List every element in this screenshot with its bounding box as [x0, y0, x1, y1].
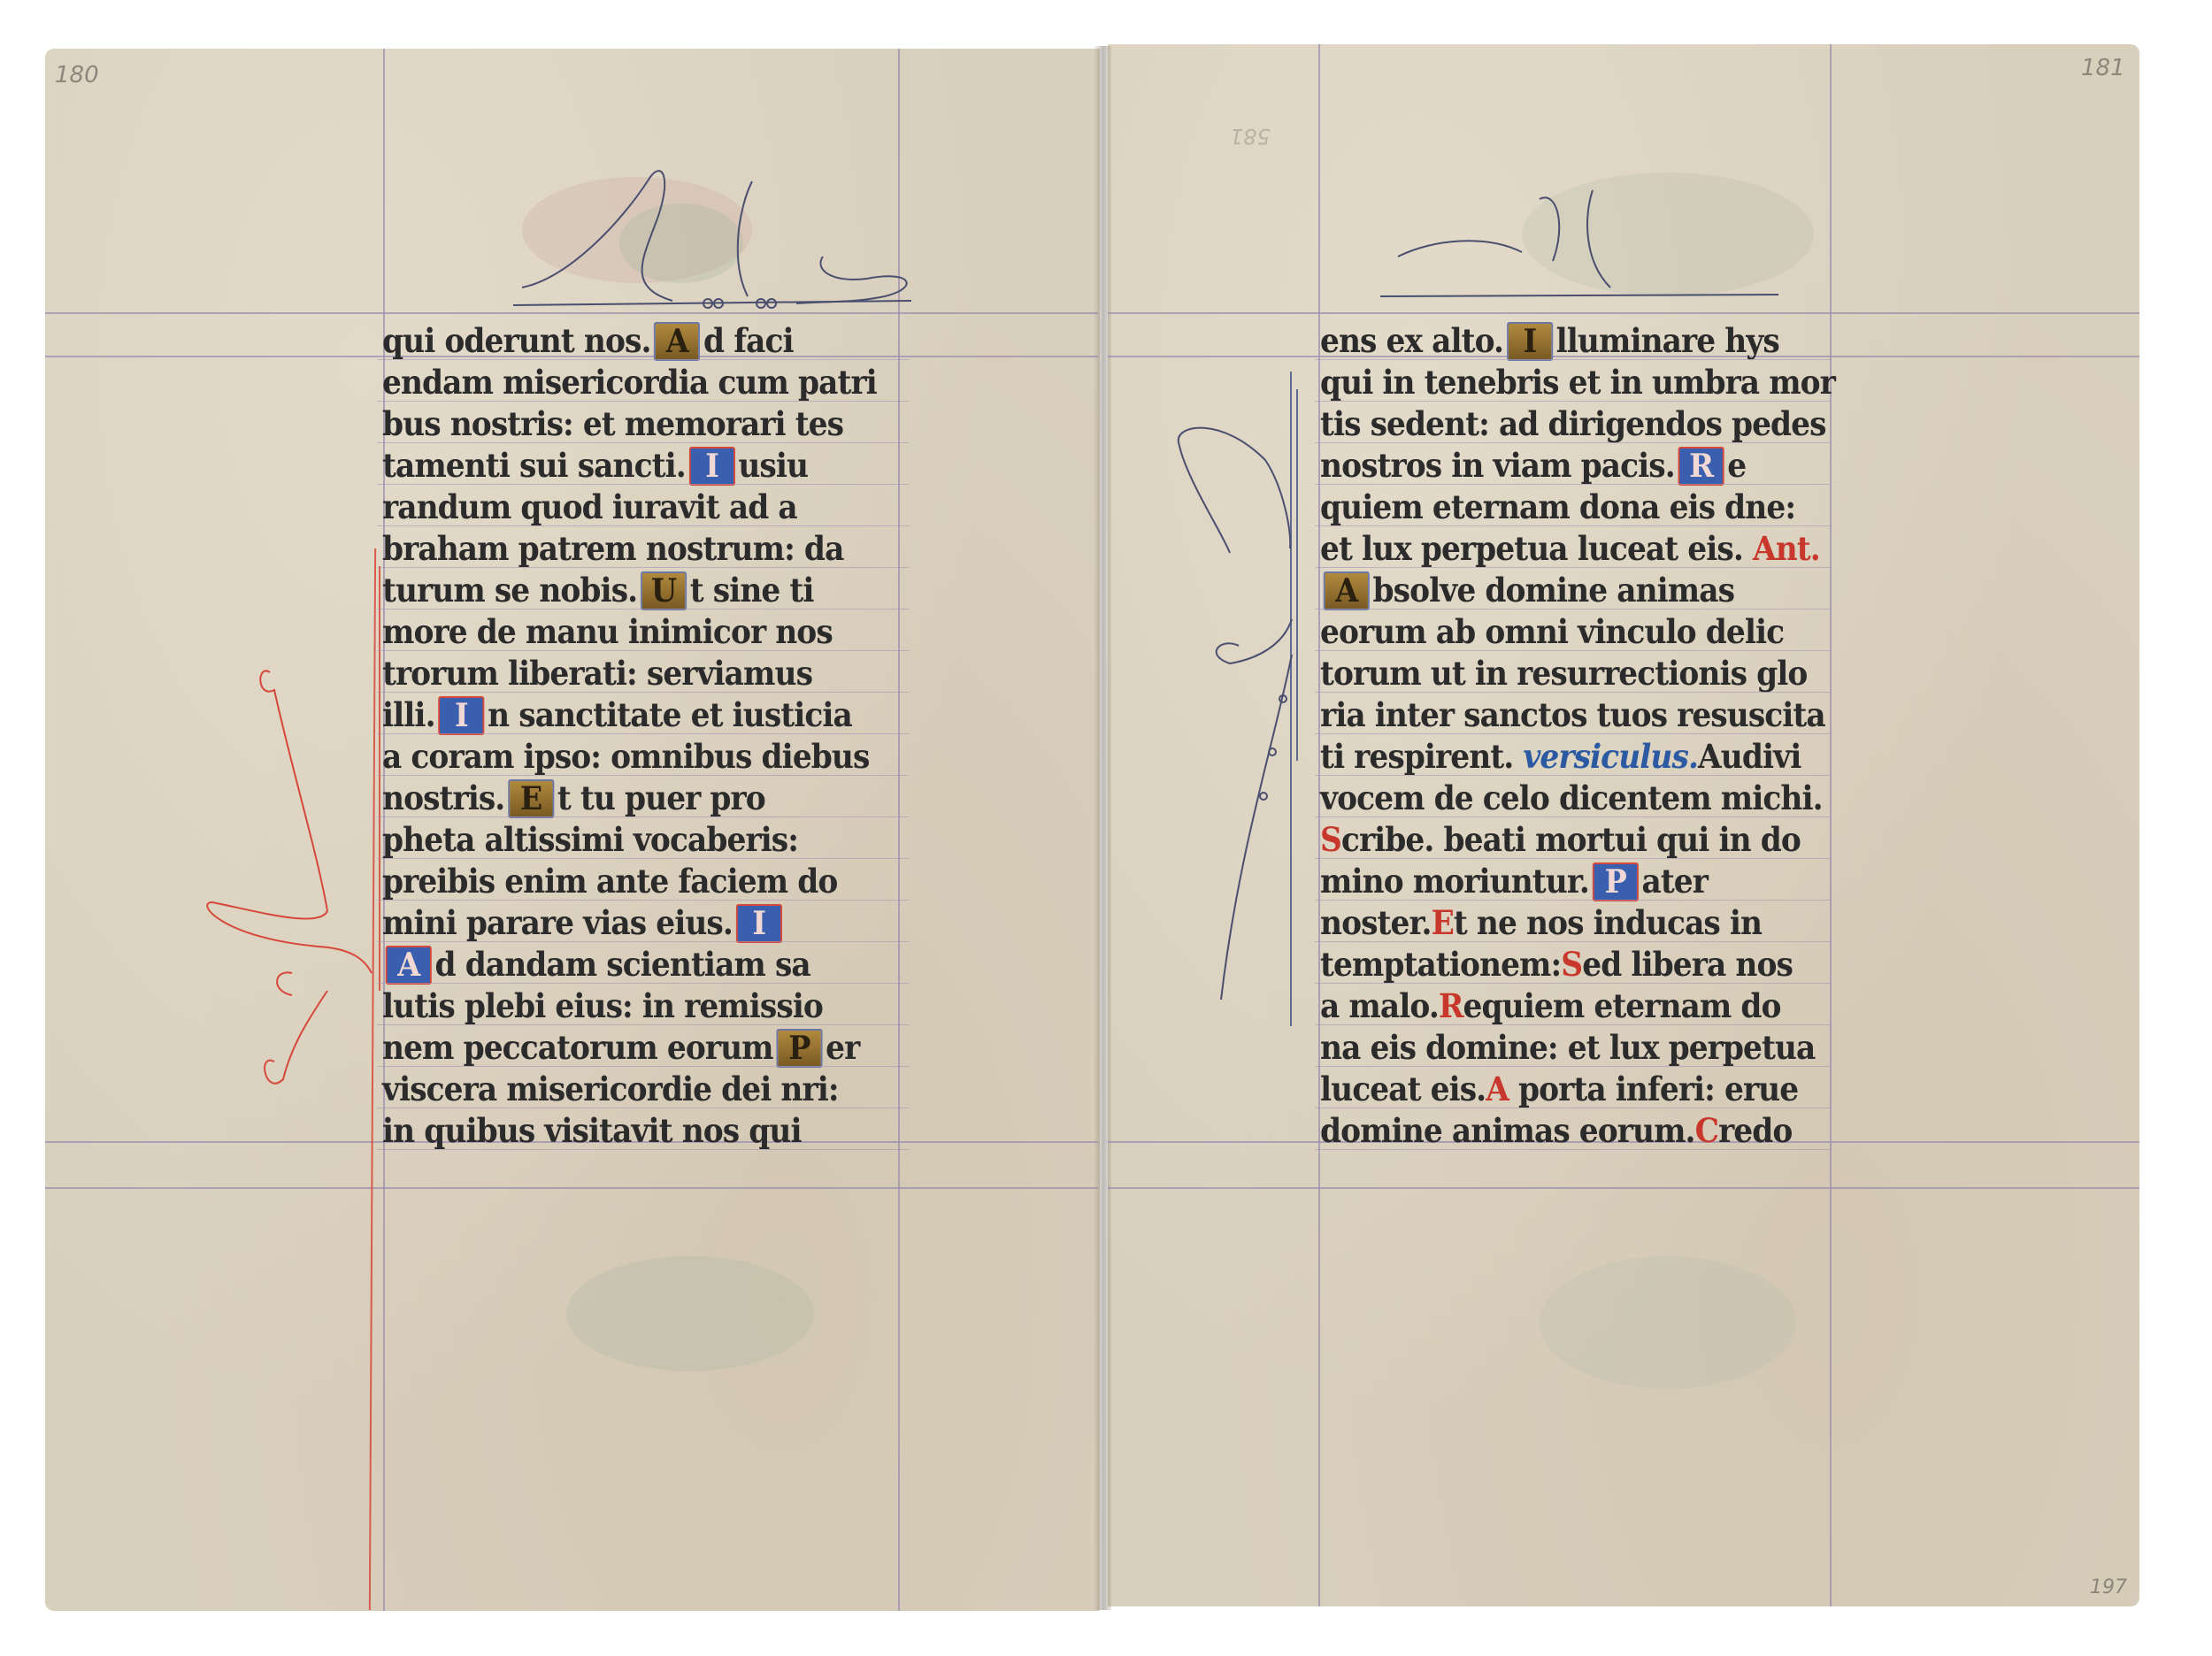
text-line: nostros in viam pacis.Re: [1320, 445, 1814, 487]
book-gutter: [1094, 46, 1111, 1610]
text-line: domine animas eorum.Credo: [1320, 1110, 1814, 1152]
text-line: Absolve domine animas: [1320, 570, 1814, 611]
illuminated-initial-gold: U: [641, 571, 687, 610]
text-line: ens ex alto.Illuminare hys: [1320, 320, 1814, 362]
red-pen-border-line-2: [379, 566, 380, 991]
text-line: a malo.Requiem eternam do: [1320, 985, 1814, 1027]
ruling-top-left: [45, 312, 1098, 314]
text-line: quiem eternam dona eis dne:: [1320, 487, 1814, 528]
text-line: Scribe. beati mortui qui in do: [1320, 819, 1814, 861]
folio-number-left: 180: [55, 62, 99, 88]
ruling-bottom-right: [1108, 1187, 2139, 1189]
blue-pen-border-line: [1290, 372, 1292, 1026]
line-filler-blue: I: [736, 904, 782, 943]
text-line: mini parare vias eius.I: [382, 902, 893, 944]
text-line: nem peccatorum eorumPer: [382, 1027, 893, 1069]
text-line: randum quod iuravit ad a: [382, 487, 893, 528]
illuminated-initial-blue: R: [1678, 447, 1724, 486]
illuminated-initial-gold: A: [1324, 571, 1370, 610]
text-line: bus nostris: et memorari tes: [382, 403, 893, 445]
text-line: Ad dandam scientiam sa: [382, 944, 893, 985]
illuminated-initial-gold: A: [654, 322, 700, 361]
text-line: preibis enim ante faciem do: [382, 861, 893, 902]
illuminated-initial-gold: I: [1507, 322, 1553, 361]
illuminated-initial-blue: I: [438, 696, 484, 735]
illuminated-initial-blue: A: [386, 946, 432, 985]
text-line: eorum ab omni vinculo delic: [1320, 611, 1814, 653]
text-line: luceat eis.A porta inferi: erue: [1320, 1069, 1814, 1110]
text-line: nostris.Et tu puer pro: [382, 778, 893, 819]
text-line: tis sedent: ad dirigendos pedes: [1320, 403, 1814, 445]
text-line: vocem de celo dicentem michi.: [1320, 778, 1814, 819]
text-line: turum se nobis.Ut sine ti: [382, 570, 893, 611]
rubric-versicle: versiculus.: [1523, 737, 1698, 776]
text-line: na eis domine: et lux perpetua: [1320, 1027, 1814, 1069]
rubricated-letter: E: [1432, 903, 1454, 942]
text-line: a coram ipso: omnibus diebus: [382, 736, 893, 778]
rubric-antiphon: Ant.: [1753, 529, 1820, 568]
text-line: temptationem:Sed libera nos: [1320, 944, 1814, 985]
folio-number-bottom: 197: [2090, 1576, 2127, 1598]
illuminated-initial-gold: E: [508, 779, 554, 818]
text-line: mino moriuntur.Pater: [1320, 861, 1814, 902]
rubricated-letter: R: [1439, 986, 1463, 1025]
ruling-bottom-left: [45, 1187, 1098, 1189]
text-line: illi.In sanctitate et iusticia: [382, 694, 893, 736]
text-line: more de manu inimicor nos: [382, 611, 893, 653]
text-line: ria inter sanctos tuos resuscita: [1320, 694, 1814, 736]
text-line: noster.Et ne nos inducas in: [1320, 902, 1814, 944]
text-line: ti respirent. versiculus.Audivi: [1320, 736, 1814, 778]
offset-stain-right-top: [1522, 172, 1814, 296]
text-line: torum ut in resurrectionis glo: [1320, 653, 1814, 694]
offset-folio-mark: 581: [1230, 124, 1271, 149]
left-text-block: qui oderunt nos.Ad faci endam misericord…: [382, 320, 931, 1152]
illuminated-initial-blue: I: [689, 447, 735, 486]
text-line: trorum liberati: serviamus: [382, 653, 893, 694]
text-line: braham patrem nostrum: da: [382, 528, 893, 570]
rubricated-letter: A: [1486, 1069, 1509, 1108]
rubricated-letter: S: [1561, 945, 1582, 984]
illuminated-initial-blue: P: [1593, 862, 1639, 901]
right-text-block: ens ex alto.Illuminare hys qui in tenebr…: [1320, 320, 1851, 1152]
text-line: tamenti sui sancti.Iusiu: [382, 445, 893, 487]
text-line: qui in tenebris et in umbra mor: [1320, 362, 1814, 403]
illuminated-initial-gold: P: [776, 1029, 822, 1068]
text-line: et lux perpetua luceat eis. Ant.: [1320, 528, 1814, 570]
offset-stain-left-bottom: [566, 1256, 814, 1371]
offset-stain-left-top-green: [619, 203, 743, 283]
text-line: in quibus visitavit nos qui: [382, 1110, 893, 1152]
text-line: endam misericordia cum patri: [382, 362, 893, 403]
rubricated-letter: C: [1695, 1111, 1718, 1150]
rubricated-letter: S: [1320, 820, 1341, 859]
text-line: viscera misericordie dei nri:: [382, 1069, 893, 1110]
text-line: lutis plebi eius: in remissio: [382, 985, 893, 1027]
text-line: pheta altissimi vocaberis:: [382, 819, 893, 861]
ruling-top-right: [1108, 312, 2139, 314]
text-line: qui oderunt nos.Ad faci: [382, 320, 893, 362]
offset-stain-right-bottom: [1540, 1256, 1796, 1389]
blue-pen-border-line-2: [1296, 389, 1298, 761]
folio-number-right: 181: [2081, 55, 2125, 81]
